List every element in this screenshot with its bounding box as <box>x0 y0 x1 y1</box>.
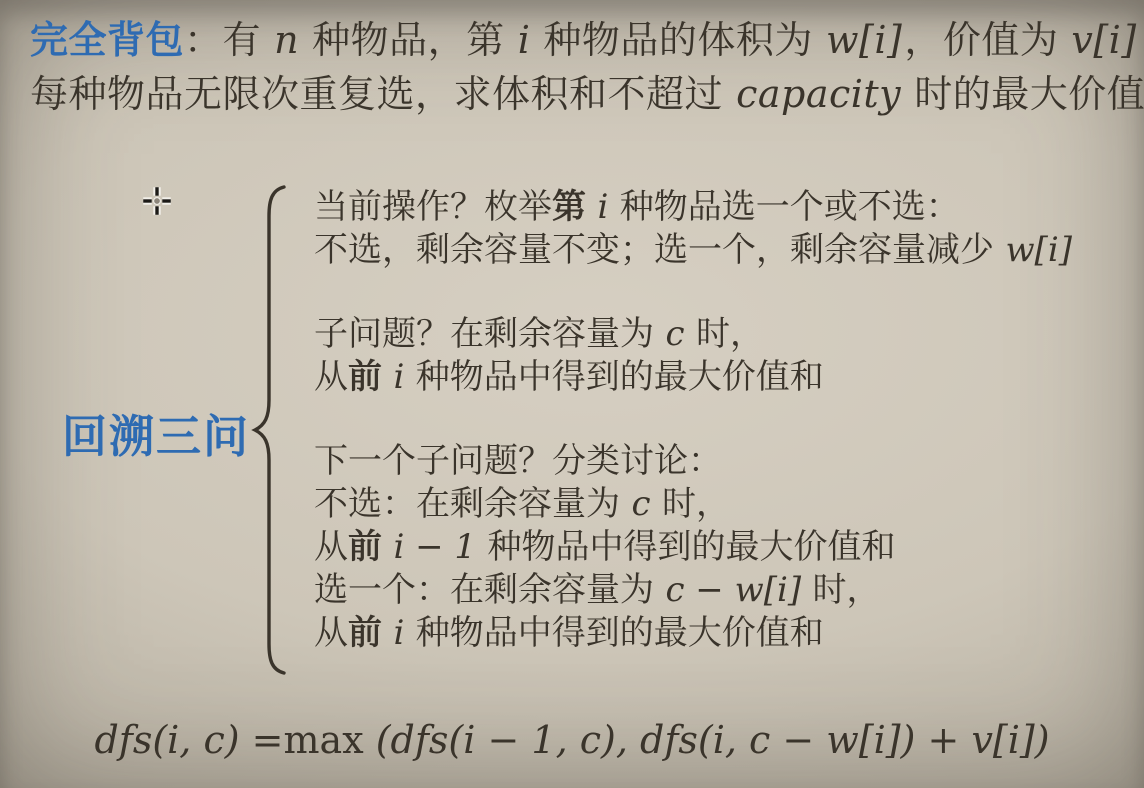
next-subproblem-line4: 选一个：在剩余容量为 c − w[i] 时， <box>314 569 1074 612</box>
text-segment: 前 <box>348 614 382 652</box>
text-segment: c <box>663 314 686 354</box>
backtrack-answers: 当前操作？枚举第 i 种物品选一个或不选： 不选，剩余容量不变；选一个，剩余容量… <box>314 186 1074 655</box>
text-segment: i <box>595 187 610 227</box>
current-operation-line2: 不选，剩余容量不变；选一个，剩余容量减少 w[i] <box>314 229 1074 272</box>
subproblem-line1: 子问题？在剩余容量为 c 时， <box>314 313 1074 356</box>
text-segment: 时的最大价值和 <box>903 74 1144 116</box>
backtrack-three-questions-label: 回溯三问 <box>62 400 250 465</box>
text-segment: 选一个：在剩余容量为 <box>314 571 663 609</box>
text-segment: n <box>272 18 301 62</box>
next-subproblem-line3: 从前 i − 1 种物品中得到的最大价值和 <box>314 526 1074 569</box>
next-subproblem-line5: 从前 i 种物品中得到的最大价值和 <box>314 612 1074 655</box>
text-segment: 当前操作？枚举 <box>314 188 552 226</box>
next-subproblem-line1: 下一个子问题？分类讨论： <box>314 440 1074 483</box>
text-segment: c <box>629 484 652 524</box>
text-segment: 下一个子问题？分类讨论： <box>314 442 722 480</box>
text-segment: v[i] <box>1069 18 1138 62</box>
text-segment: w[i] <box>824 18 904 62</box>
lecture-slide: 完全背包：有 n 种物品，第 i 种物品的体积为 w[i]，价值为 v[i] 每… <box>0 0 1144 788</box>
problem-statement-line1: 完全背包：有 n 种物品，第 i 种物品的体积为 w[i]，价值为 v[i] <box>30 14 1144 68</box>
text-segment: i <box>391 613 406 653</box>
text-segment: 每种物品无限次重复选，求体积和不超过 <box>30 74 734 116</box>
text-segment: 种物品中得到的最大价值和 <box>478 528 895 566</box>
text-segment: 种物品中得到的最大价值和 <box>406 358 823 396</box>
problem-statement-line2: 每种物品无限次重复选，求体积和不超过 capacity 时的最大价值和 <box>30 68 1144 122</box>
text-segment: 从 <box>314 528 348 566</box>
text-segment: i <box>516 18 533 62</box>
text-segment: (dfs(i − 1, c), dfs(i, c − w[i]) + v[i]) <box>376 718 1050 762</box>
text-segment: 前 <box>348 528 382 566</box>
dfs-recurrence-formula: dfs(i, c) =max (dfs(i − 1, c), dfs(i, c … <box>0 714 1144 767</box>
text-segment: 时， <box>803 571 880 609</box>
text-segment: 从 <box>314 614 348 652</box>
text-segment: c − w[i] <box>663 570 803 610</box>
problem-statement: 完全背包：有 n 种物品，第 i 种物品的体积为 w[i]，价值为 v[i] 每… <box>30 14 1144 122</box>
text-segment: max <box>284 718 376 762</box>
text-segment: 种物品选一个或不选： <box>610 188 959 226</box>
text-segment: 完全背包 <box>30 20 184 62</box>
text-segment: 不选，剩余容量不变；选一个，剩余容量减少 <box>314 231 1003 269</box>
text-segment: ：有 <box>184 20 272 62</box>
text-segment: dfs(i, c) = <box>94 718 283 762</box>
curly-brace-icon <box>250 184 292 681</box>
text-segment: 从 <box>314 358 348 396</box>
text-segment: w[i] <box>1003 230 1074 270</box>
crosshair-cursor-icon <box>139 183 175 224</box>
next-subproblem-line2: 不选：在剩余容量为 c 时， <box>314 483 1074 526</box>
current-operation-line1: 当前操作？枚举第 i 种物品选一个或不选： <box>314 186 1074 229</box>
text-segment: 子问题？在剩余容量为 <box>314 315 663 353</box>
text-segment: capacity <box>734 72 903 116</box>
text-segment: ，价值为 <box>904 20 1069 62</box>
text-segment: 种物品的体积为 <box>532 20 824 62</box>
text-segment: 时， <box>653 485 730 523</box>
text-segment: i − 1 <box>391 527 478 567</box>
text-segment: 种物品，第 <box>301 20 516 62</box>
text-segment: 前 <box>348 358 382 396</box>
text-segment: 不选：在剩余容量为 <box>314 485 629 523</box>
text-segment: 第 <box>552 188 586 226</box>
text-segment: 时， <box>687 315 764 353</box>
text-segment: i <box>391 357 406 397</box>
text-segment: 种物品中得到的最大价值和 <box>406 614 823 652</box>
subproblem-line2: 从前 i 种物品中得到的最大价值和 <box>314 356 1074 399</box>
